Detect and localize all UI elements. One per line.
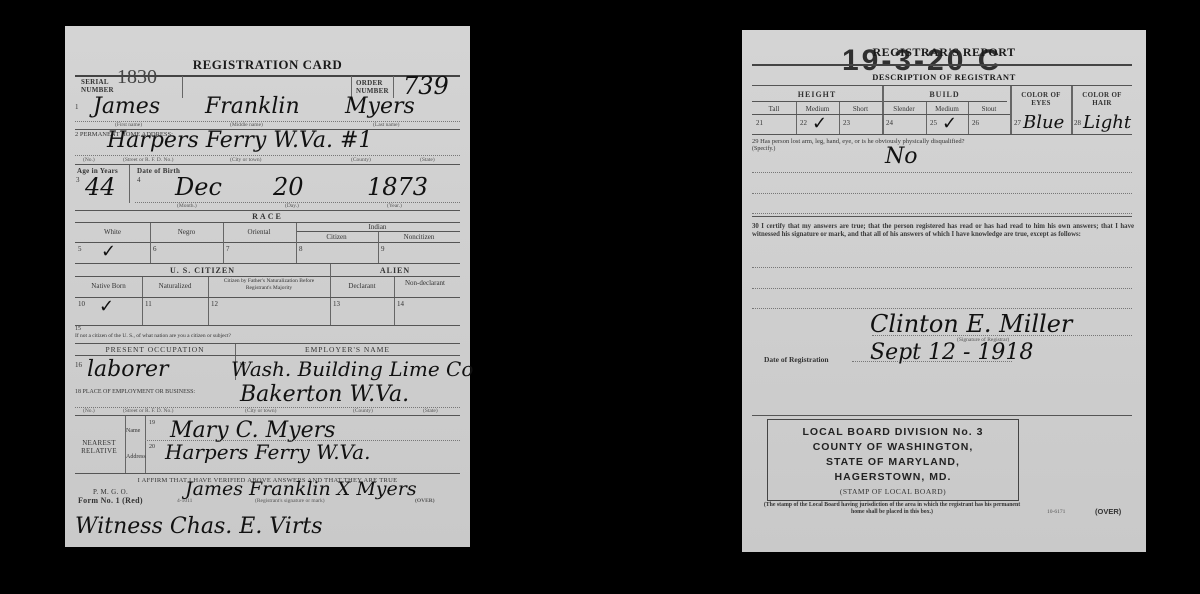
serial-number-label: SERIAL NUMBER bbox=[81, 78, 121, 94]
divider bbox=[125, 416, 126, 473]
divider bbox=[75, 297, 460, 298]
divider bbox=[75, 343, 460, 344]
divider bbox=[752, 216, 1132, 217]
field-number: 4 bbox=[137, 176, 141, 184]
q29-specify-label: (Specify.) bbox=[752, 146, 775, 152]
address-sublabel-state: (State) bbox=[420, 157, 435, 163]
build-slender-label: Slender bbox=[882, 105, 926, 113]
answer-line bbox=[752, 172, 1132, 173]
divider bbox=[296, 223, 297, 263]
divider bbox=[182, 76, 183, 98]
naturalized-label: Naturalized bbox=[142, 282, 208, 290]
field-number: 5 bbox=[78, 245, 82, 253]
stamp-line-2: COUNTY OF WASHINGTON, bbox=[768, 441, 1018, 453]
eyes-header: COLOR OF EYES bbox=[1012, 91, 1070, 107]
place-sublabel-county: (County) bbox=[353, 408, 373, 414]
registration-card-front: REGISTRATION CARD SERIAL NUMBER 1830 ORD… bbox=[65, 26, 470, 547]
dob-month: Dec bbox=[175, 173, 222, 201]
field-number: 7 bbox=[226, 245, 230, 253]
witness-signature: Witness Chas. E. Virts bbox=[75, 514, 323, 539]
over-label: (OVER) bbox=[415, 498, 435, 504]
us-citizen-header: U. S. CITIZEN bbox=[75, 266, 330, 275]
divider bbox=[75, 473, 460, 474]
relative-name-label: Name bbox=[126, 428, 140, 434]
relative-address-value: Harpers Ferry W.Va. bbox=[165, 440, 370, 464]
last-name-label: (Last name) bbox=[373, 122, 399, 128]
field-number: 26 bbox=[972, 119, 979, 127]
divider bbox=[75, 210, 460, 211]
divider bbox=[394, 277, 395, 325]
place-sublabel-street: (Street or R. F. D. No.) bbox=[123, 408, 173, 414]
serial-number-value: 1830 bbox=[117, 66, 157, 89]
date-of-registration-label: Date of Registration bbox=[764, 355, 829, 364]
non-declarant-label: Non-declarant bbox=[400, 279, 450, 287]
field-number: 27 bbox=[1014, 119, 1021, 127]
stamp-line-4: HAGERSTOWN, MD. bbox=[768, 471, 1018, 483]
last-name: Myers bbox=[345, 94, 415, 119]
height-short-label: Short bbox=[839, 105, 882, 113]
divider bbox=[330, 264, 331, 325]
field-number: 20 bbox=[149, 444, 155, 450]
address-sublabel-county: (County) bbox=[351, 157, 371, 163]
place-sublabel-no: (No.) bbox=[83, 408, 95, 414]
height-medium-checkmark: ✓ bbox=[812, 113, 827, 134]
field-number: 8 bbox=[299, 245, 303, 253]
nearest-relative-label: NEAREST RELATIVE bbox=[75, 439, 123, 455]
answer-line bbox=[752, 308, 1132, 309]
stamp-line-1: LOCAL BOARD DIVISION No. 3 bbox=[768, 426, 1018, 438]
dob-day: 20 bbox=[273, 173, 304, 201]
signature-line bbox=[872, 335, 1132, 336]
field-number: 10 bbox=[78, 300, 85, 308]
address-sublabel-no: (No.) bbox=[83, 157, 95, 163]
place-of-employment-label: 18 PLACE OF EMPLOYMENT OR BUSINESS: bbox=[75, 389, 195, 395]
build-medium-checkmark: ✓ bbox=[942, 113, 957, 134]
race-indian-label: Indian bbox=[295, 223, 460, 231]
field-number: 25 bbox=[930, 119, 937, 127]
race-white-checkmark: ✓ bbox=[101, 241, 116, 262]
race-negro-label: Negro bbox=[150, 228, 223, 236]
divider bbox=[752, 114, 1010, 115]
middle-name: Franklin bbox=[205, 94, 300, 119]
employer-value: Wash. Building Lime Co bbox=[231, 357, 473, 381]
field-number: 3 bbox=[76, 176, 80, 184]
place-sublabel-city: (City or town) bbox=[245, 408, 276, 414]
order-number-label: ORDER NUMBER bbox=[356, 79, 396, 95]
dob-year-label: (Year.) bbox=[387, 203, 402, 209]
build-header: BUILD bbox=[882, 90, 1007, 99]
form-number: Form No. 1 (Red) bbox=[78, 496, 143, 505]
address-value: Harpers Ferry W.Va. #1 bbox=[107, 128, 372, 153]
local-board-stamp-box: LOCAL BOARD DIVISION No. 3 COUNTY OF WAS… bbox=[767, 419, 1019, 501]
hair-color-value: Light bbox=[1083, 112, 1131, 133]
height-tall-label: Tall bbox=[752, 105, 796, 113]
answer-line bbox=[752, 288, 1132, 289]
q15-text: If not a citizen of the U. S., of what n… bbox=[75, 333, 231, 339]
by-father-label: Citizen by Father's Naturalization Befor… bbox=[212, 278, 326, 292]
relative-address-label: Address bbox=[126, 454, 146, 460]
pmgo-label: P. M. G. O. bbox=[93, 488, 128, 496]
native-born-checkmark: ✓ bbox=[99, 296, 114, 317]
divider bbox=[145, 416, 146, 473]
build-medium-label: Medium bbox=[926, 105, 968, 113]
dob-year: 1873 bbox=[367, 173, 428, 201]
eye-color-value: Blue bbox=[1023, 112, 1064, 133]
hair-header: COLOR OF HAIR bbox=[1072, 91, 1132, 107]
form-code: 10-6171 bbox=[1047, 509, 1065, 515]
age-value: 44 bbox=[85, 173, 116, 201]
stamp-line-3: STATE OF MARYLAND, bbox=[768, 456, 1018, 468]
divider bbox=[752, 415, 1132, 416]
answer-line bbox=[752, 213, 1132, 214]
race-oriental-label: Oriental bbox=[223, 228, 295, 236]
first-name: James bbox=[93, 94, 160, 119]
field-number: 22 bbox=[800, 119, 807, 127]
over-label: (OVER) bbox=[1095, 507, 1121, 516]
answer-line bbox=[752, 193, 1132, 194]
signature-label: (Registrant's signature or mark) bbox=[255, 498, 325, 504]
divider bbox=[378, 232, 379, 263]
field-number: 15 bbox=[75, 326, 81, 332]
field-number: 6 bbox=[153, 245, 157, 253]
divider bbox=[150, 223, 151, 263]
divider bbox=[75, 263, 460, 264]
divider bbox=[208, 277, 209, 325]
field-number: 23 bbox=[843, 119, 850, 127]
divider bbox=[1071, 86, 1073, 134]
build-stout-label: Stout bbox=[968, 105, 1010, 113]
registrant-signature: James Franklin X Myers bbox=[185, 478, 417, 500]
height-medium-label: Medium bbox=[796, 105, 839, 113]
divider bbox=[75, 164, 460, 165]
divider bbox=[752, 85, 1132, 86]
divider bbox=[75, 355, 460, 356]
divider bbox=[1010, 86, 1012, 134]
field-number: 21 bbox=[756, 119, 763, 127]
field-number: 24 bbox=[886, 119, 893, 127]
report-subtitle: DESCRIPTION OF REGISTRANT bbox=[742, 72, 1146, 82]
divider bbox=[75, 276, 460, 277]
field-number: 19 bbox=[149, 420, 155, 426]
q30-certify-text: 30 I certify that my answers are true; t… bbox=[752, 223, 1134, 239]
address-sublabel-city: (City or town) bbox=[230, 157, 261, 163]
alien-header: ALIEN bbox=[330, 266, 460, 275]
registrars-report-back: REGISTRAR'S REPORT 19-3-20 C DESCRIPTION… bbox=[742, 30, 1146, 552]
field-number: 11 bbox=[145, 300, 152, 308]
place-of-employment-value: Bakerton W.Va. bbox=[240, 382, 409, 407]
q29-answer: No bbox=[885, 144, 918, 169]
height-header: HEIGHT bbox=[752, 90, 882, 99]
answer-line bbox=[752, 267, 1132, 268]
dob-label: Date of Birth bbox=[137, 167, 180, 175]
race-white-label: White bbox=[75, 228, 150, 236]
address-sublabel-street: (Street or R. F. D. No.) bbox=[123, 157, 173, 163]
stamp-instruction-note: (The stamp of the Local Board having jur… bbox=[762, 502, 1022, 516]
divider bbox=[223, 223, 224, 263]
field-number: 14 bbox=[397, 300, 404, 308]
race-header: RACE bbox=[65, 212, 470, 221]
divider bbox=[75, 155, 460, 156]
declarant-label: Declarant bbox=[330, 282, 394, 290]
occupation-label: PRESENT OCCUPATION bbox=[75, 345, 235, 354]
stamp-caption: (STAMP OF LOCAL BOARD) bbox=[768, 487, 1018, 496]
field-number: 16 bbox=[75, 361, 82, 369]
date-line bbox=[852, 361, 1012, 362]
field-number: 12 bbox=[211, 300, 218, 308]
divider bbox=[752, 64, 1132, 66]
divider bbox=[752, 134, 1132, 135]
dob-month-label: (Month.) bbox=[177, 203, 197, 209]
field-number: 1 bbox=[75, 103, 79, 111]
field-number: 13 bbox=[333, 300, 340, 308]
occupation-value: laborer bbox=[87, 357, 169, 382]
field-number: 28 bbox=[1074, 119, 1081, 127]
divider bbox=[129, 165, 130, 203]
q29-text: 29 Has person lost arm, leg, hand, eye, … bbox=[752, 138, 1132, 145]
divider bbox=[75, 325, 460, 326]
race-indian-noncitizen-label: Noncitizen bbox=[378, 233, 460, 241]
place-sublabel-state: (State) bbox=[423, 408, 438, 414]
registrar-signature: Clinton E. Miller bbox=[870, 310, 1072, 338]
dob-day-label: (Day.) bbox=[285, 203, 299, 209]
divider bbox=[75, 415, 460, 416]
employer-label: EMPLOYER'S NAME bbox=[235, 345, 460, 354]
native-born-label: Native Born bbox=[75, 282, 142, 290]
race-indian-citizen-label: Citizen bbox=[295, 233, 378, 241]
field-number: 9 bbox=[381, 245, 385, 253]
divider bbox=[75, 242, 460, 243]
